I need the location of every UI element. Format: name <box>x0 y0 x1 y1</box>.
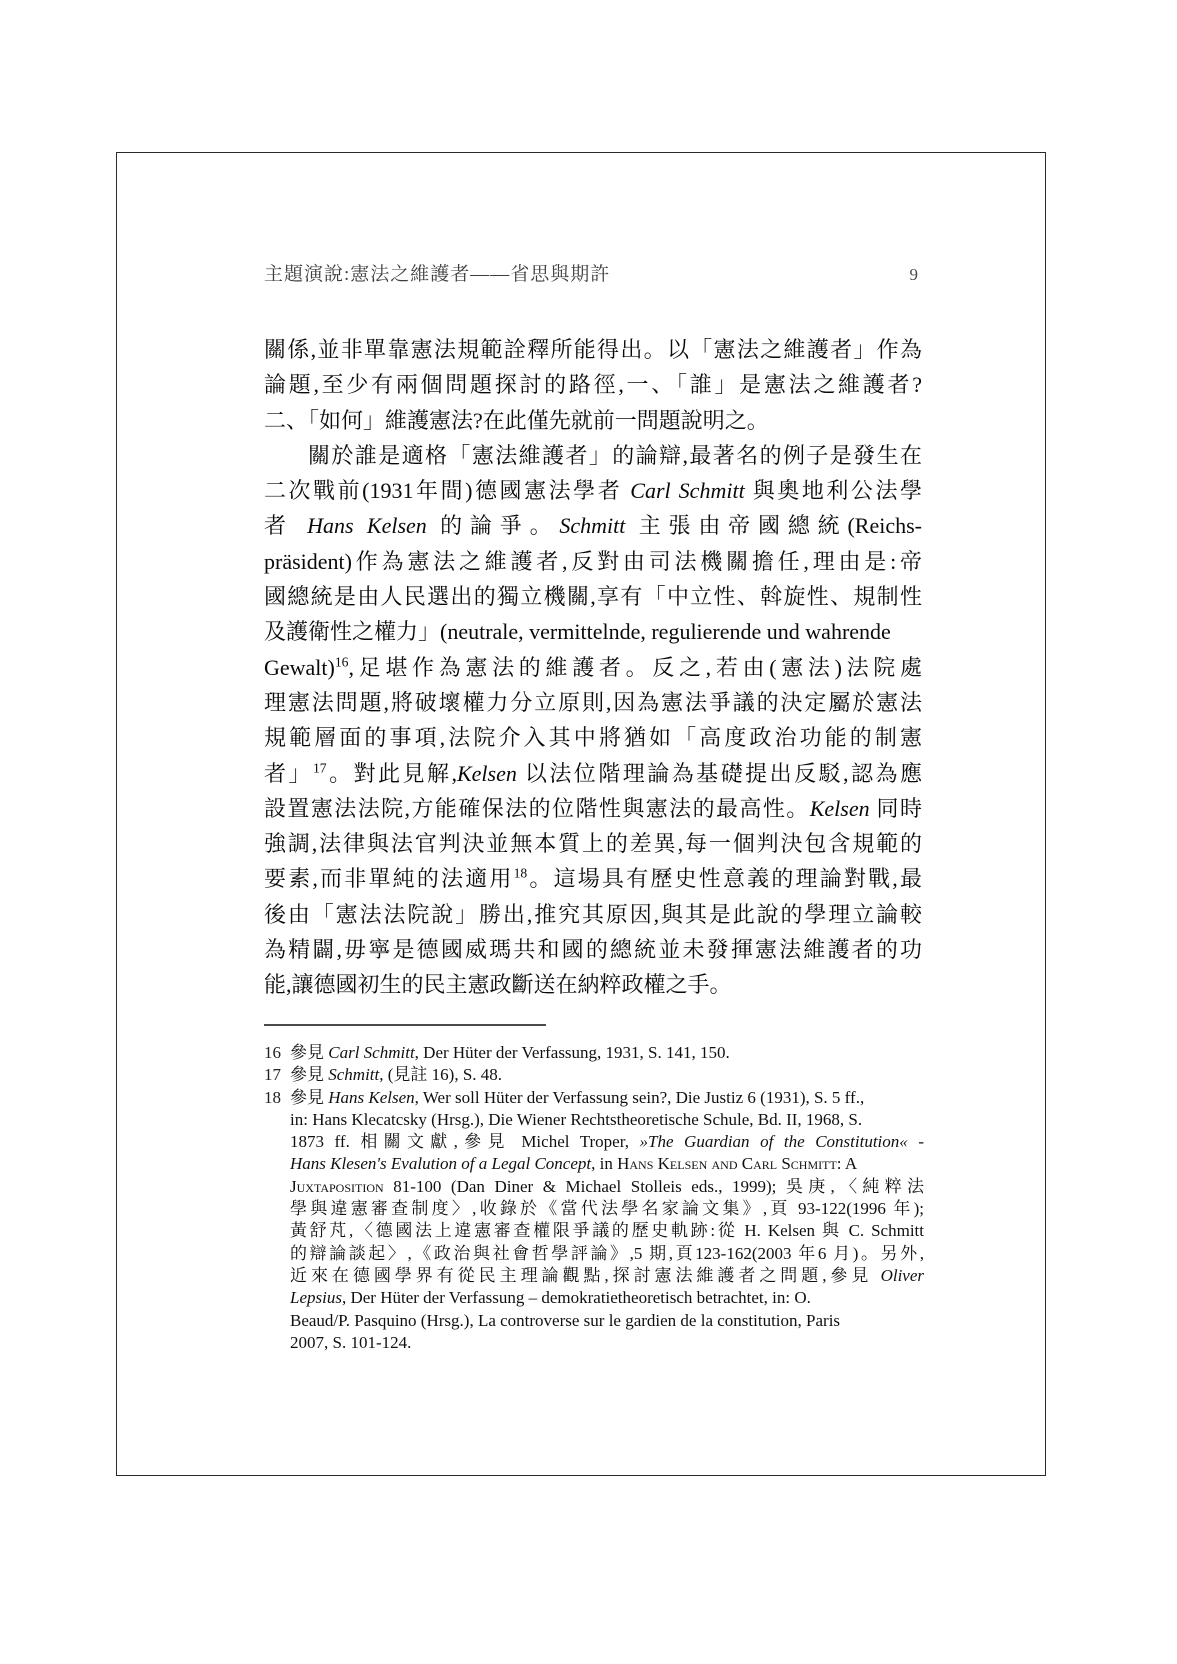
text-segment: ,足堪作為憲法的維護者。反之,若由(憲法)法院處 <box>348 655 922 680</box>
footnote-line: 近來在德國學界有從民主理論觀點,探討憲法維護者之問題,參見 Oliver <box>290 1265 924 1287</box>
text-segment: 關於誰是適格「憲法維護者」的論辯,最著名的例子是發生在 <box>308 443 922 468</box>
text-segment: 為精闢,毋寧是德國威瑪共和國的總統並未發揮憲法維護者的功 <box>264 937 922 962</box>
text-segment: 1873 ff. 相關文獻,參見 Michel Troper, <box>290 1132 640 1151</box>
text-segment: präsident)作為憲法之維護者,反對由司法機關擔任,理由是:帝 <box>264 549 922 574</box>
text-segment: Oliver <box>881 1266 924 1285</box>
body-line: 二次戰前(1931年間)德國憲法學者 Carl Schmitt 與奧地利公法學 <box>264 473 922 508</box>
text-segment: Lepsius <box>290 1288 342 1307</box>
text-segment: Carl Schmitt <box>328 1043 414 1062</box>
body-line: 後由「憲法法院說」勝出,推究其原因,與其是此說的學理立論較 <box>264 897 922 932</box>
footnote-line: in: Hans Klecatcsky (Hrsg.), Die Wiener … <box>290 1109 924 1131</box>
footnote-line: Beaud/P. Pasquino (Hrsg.), La controvers… <box>290 1310 924 1332</box>
text-segment: in: Hans Klecatcsky (Hrsg.), Die Wiener … <box>290 1110 862 1129</box>
body-line: 能,讓德國初生的民主憲政斷送在納粹政權之手。 <box>264 967 922 1002</box>
body-line: 論題,至少有兩個問題探討的路徑,一、「誰」是憲法之維護者? <box>264 367 922 402</box>
body-line: 理憲法問題,將破壞權力分立原則,因為憲法爭議的決定屬於憲法 <box>264 685 922 720</box>
text-segment: Kelsen <box>810 796 870 821</box>
page-number: 9 <box>910 265 923 285</box>
body-line: 規範層面的事項,法院介入其中將猶如「高度政治功能的制憲 <box>264 720 922 755</box>
body-line: 及護衛性之權力」(neutrale, vermittelnde, regulie… <box>264 614 922 649</box>
text-segment: »The Guardian of the Constitution« - <box>640 1132 924 1151</box>
text-segment: 參見 <box>290 1043 328 1062</box>
text-segment: 的論爭。 <box>427 513 560 538</box>
text-segment: 近來在德國學界有從民主理論觀點,探討憲法維護者之問題,參見 <box>290 1266 881 1285</box>
text-segment: Gewalt) <box>264 655 335 680</box>
text-segment: 國總統是由人民選出的獨立機關,享有「中立性、斡旋性、規制性 <box>264 584 922 609</box>
text-segment: , Der Hüter der Verfassung, 1931, S. 141… <box>415 1043 730 1062</box>
footnote-reference: 18 <box>514 866 528 881</box>
text-segment: , Der Hüter der Verfassung – demokratiet… <box>342 1288 811 1307</box>
text-segment: Hans Kelsen <box>307 513 427 538</box>
running-header-title: 主題演說:憲法之維護者——省思與期許 <box>264 259 610 286</box>
text-segment: Kelsen <box>457 761 517 786</box>
text-segment: Schmitt <box>559 513 625 538</box>
body-text: 關係,並非單靠憲法規範詮釋所能得出。以「憲法之維護者」作為論題,至少有兩個問題探… <box>264 332 922 1003</box>
text-segment: 論題,至少有兩個問題探討的路徑,一、「誰」是憲法之維護者? <box>264 372 922 397</box>
text-segment: 以法位階理論為基礎提出反駁,認為應 <box>517 761 922 786</box>
footnote-number: 18 <box>264 1087 290 1109</box>
footnote-reference: 16 <box>335 654 349 669</box>
text-segment: 強調,法律與法官判決並無本質上的差異,每一個判決包含規範的 <box>264 831 922 856</box>
text-segment: , in <box>591 1154 617 1173</box>
footnote-text: 參見 Schmitt, (見註 16), S. 48. <box>290 1064 924 1086</box>
footnote-18: 18參見 Hans Kelsen, Wer soll Hüter der Ver… <box>264 1087 924 1355</box>
text-segment: 2007, S. 101-124. <box>290 1333 411 1352</box>
body-line: 二、「如何」維護憲法?在此僅先就前一問題說明之。 <box>264 403 922 438</box>
footnote-line: Hans Klesen's Evalution of a Legal Conce… <box>290 1153 924 1175</box>
footnotes-section: 16參見 Carl Schmitt, Der Hüter der Verfass… <box>264 1042 924 1354</box>
body-line: 者 Hans Kelsen 的論爭。Schmitt 主張由帝國總統(Reichs… <box>264 508 922 543</box>
body-line: 國總統是由人民選出的獨立機關,享有「中立性、斡旋性、規制性 <box>264 579 922 614</box>
text-segment: Hans Kelsen <box>328 1088 414 1107</box>
text-segment: 及護衛性之權力」(neutrale, vermittelnde, regulie… <box>264 619 891 644</box>
text-segment: Hans Klesen's Evalution of a Legal Conce… <box>290 1154 591 1173</box>
text-segment: 二次戰前(1931年間)德國憲法學者 <box>264 478 630 503</box>
footnote-line: Juxtaposition 81-100 (Dan Diner & Michae… <box>290 1176 924 1198</box>
text-segment: Beaud/P. Pasquino (Hrsg.), La controvers… <box>290 1311 840 1330</box>
body-line: 設置憲法法院,方能確保法的位階性與憲法的最高性。Kelsen 同時 <box>264 791 922 826</box>
text-segment: 與奧地利公法學 <box>745 478 922 503</box>
text-segment: 81-100 (Dan Diner & Michael Stolleis eds… <box>384 1177 924 1196</box>
text-segment: 同時 <box>870 796 922 821</box>
footnote-text: 參見 Carl Schmitt, Der Hüter der Verfassun… <box>290 1042 924 1064</box>
text-segment: 後由「憲法法院說」勝出,推究其原因,與其是此說的學理立論較 <box>264 902 922 927</box>
document-page: 主題演說:憲法之維護者——省思與期許 9 關係,並非單靠憲法規範詮釋所能得出。以… <box>0 0 1177 1664</box>
body-line: 強調,法律與法官判決並無本質上的差異,每一個判決包含規範的 <box>264 826 922 861</box>
footnote-line: 的辯論談起〉,《政治與社會哲學評論》,5 期,頁123-162(2003 年6 … <box>290 1243 924 1265</box>
text-segment: 的辯論談起〉,《政治與社會哲學評論》,5 期,頁123-162(2003 年6 … <box>290 1244 924 1263</box>
footnote-line: 學與違憲審查制度〉,收錄於《當代法學名家論文集》,頁 93-122(1996 年… <box>290 1198 924 1220</box>
footnote-line: 參見 Hans Kelsen, Wer soll Hüter der Verfa… <box>290 1087 924 1109</box>
text-segment: 設置憲法法院,方能確保法的位階性與憲法的最高性。 <box>264 796 810 821</box>
text-segment: , (見註 16), S. 48. <box>379 1065 502 1084</box>
footnote-line: 參見 Carl Schmitt, Der Hüter der Verfassun… <box>290 1042 924 1064</box>
body-line: 關於誰是適格「憲法維護者」的論辯,最著名的例子是發生在 <box>264 438 922 473</box>
text-segment: 二、「如何」維護憲法?在此僅先就前一問題說明之。 <box>264 408 769 433</box>
footnote-16: 16參見 Carl Schmitt, Der Hüter der Verfass… <box>264 1042 924 1064</box>
text-segment: Juxtaposition <box>290 1177 384 1196</box>
text-segment: 。這場具有歷史性意義的理論對戰,最 <box>527 866 922 891</box>
footnote-line: 2007, S. 101-124. <box>290 1332 924 1354</box>
text-segment: 學與違憲審查制度〉,收錄於《當代法學名家論文集》,頁 93-122(1996 年… <box>290 1199 924 1218</box>
body-line: 要素,而非單純的法適用18。這場具有歷史性意義的理論對戰,最 <box>264 861 922 896</box>
text-segment: 黃舒芃,〈德國法上違憲審查權限爭議的歷史軌跡:從 H. Kelsen 與 C. … <box>290 1221 924 1240</box>
footnote-text: 參見 Hans Kelsen, Wer soll Hüter der Verfa… <box>290 1087 924 1355</box>
text-segment: 。對此見解, <box>327 761 457 786</box>
footnote-line: 1873 ff. 相關文獻,參見 Michel Troper, »The Gua… <box>290 1131 924 1153</box>
text-segment: 參見 <box>290 1088 328 1107</box>
text-segment: 理憲法問題,將破壞權力分立原則,因為憲法爭議的決定屬於憲法 <box>264 690 922 715</box>
text-segment: Hans Kelsen and Carl Schmitt: A <box>617 1154 857 1173</box>
text-segment: Schmitt <box>328 1065 379 1084</box>
text-segment: 關係,並非單靠憲法規範詮釋所能得出。以「憲法之維護者」作為 <box>264 337 922 362</box>
text-segment: 主張由帝國總統(Reichs- <box>625 513 922 538</box>
text-segment: 者」 <box>264 761 313 786</box>
body-line: präsident)作為憲法之維護者,反對由司法機關擔任,理由是:帝 <box>264 544 922 579</box>
footnote-number: 17 <box>264 1064 290 1086</box>
footnote-reference: 17 <box>313 760 327 775</box>
text-segment: 參見 <box>290 1065 328 1084</box>
text-segment: 能,讓德國初生的民主憲政斷送在納粹政權之手。 <box>264 972 732 997</box>
footnote-separator-rule <box>264 1024 546 1026</box>
footnote-17: 17參見 Schmitt, (見註 16), S. 48. <box>264 1064 924 1086</box>
body-line: Gewalt)16,足堪作為憲法的維護者。反之,若由(憲法)法院處 <box>264 650 922 685</box>
footnote-line: 參見 Schmitt, (見註 16), S. 48. <box>290 1064 924 1086</box>
running-header: 主題演說:憲法之維護者——省思與期許 9 <box>264 259 922 285</box>
footnote-line: Lepsius, Der Hüter der Verfassung – demo… <box>290 1287 924 1309</box>
text-segment: 者 <box>264 513 307 538</box>
body-line: 者」17。對此見解,Kelsen 以法位階理論為基礎提出反駁,認為應 <box>264 756 922 791</box>
body-line: 為精闢,毋寧是德國威瑪共和國的總統並未發揮憲法維護者的功 <box>264 932 922 967</box>
text-segment: Carl Schmitt <box>630 478 744 503</box>
footnote-number: 16 <box>264 1042 290 1064</box>
text-segment: 要素,而非單純的法適用 <box>264 866 514 891</box>
footnote-line: 黃舒芃,〈德國法上違憲審查權限爭議的歷史軌跡:從 H. Kelsen 與 C. … <box>290 1220 924 1242</box>
body-line: 關係,並非單靠憲法規範詮釋所能得出。以「憲法之維護者」作為 <box>264 332 922 367</box>
text-segment: , Wer soll Hüter der Verfassung sein?, D… <box>415 1088 865 1107</box>
text-segment: 規範層面的事項,法院介入其中將猶如「高度政治功能的制憲 <box>264 725 922 750</box>
